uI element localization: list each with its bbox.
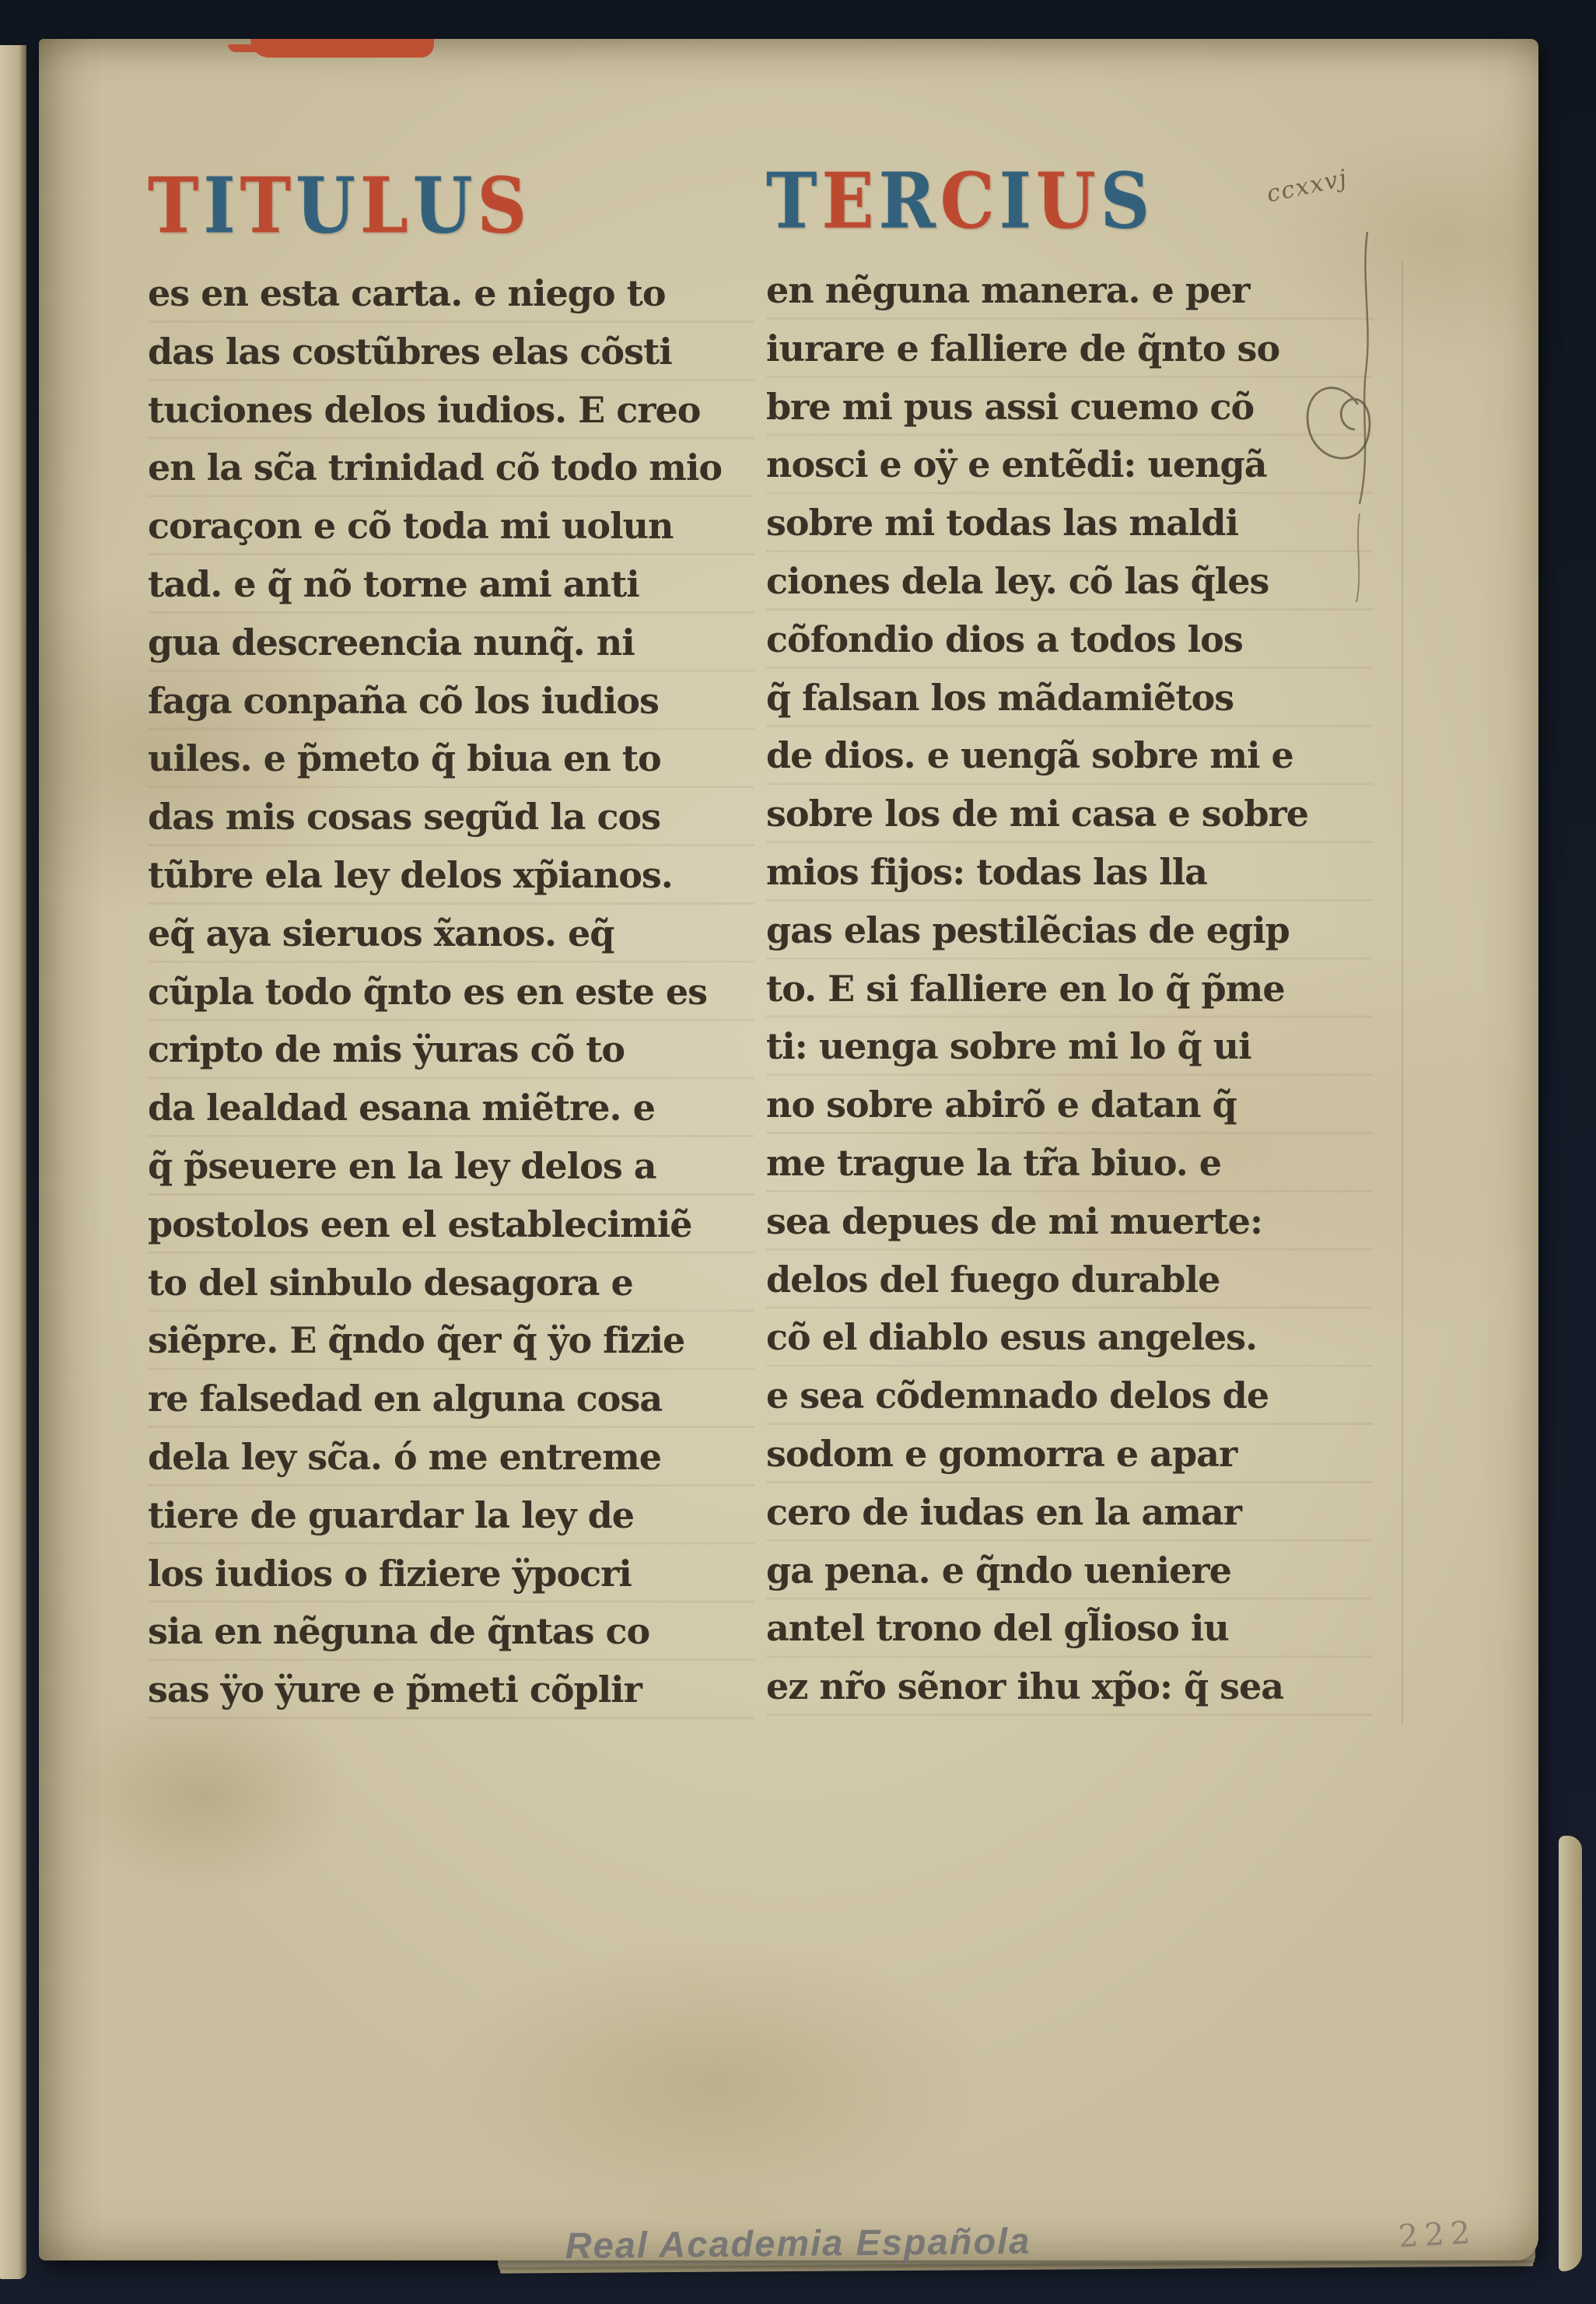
photo-backdrop: TITULUS TERCIUS ccxxvj es en esta carta.… — [0, 0, 1596, 2304]
text-line: es en esta carta. e niego to — [148, 264, 754, 323]
text-line: en nẽguna manera. e per — [766, 261, 1373, 320]
decorated-capital: I — [203, 160, 240, 250]
text-line: das mis cosas segũd la cos — [148, 788, 754, 846]
decorated-capital: S — [478, 160, 532, 250]
running-title-left: TITULUS — [148, 165, 531, 258]
previous-page-edge — [0, 45, 26, 2279]
text-line: cũpla todo q̃nto es en este es — [148, 963, 754, 1021]
text-line: mios fijos: todas las lla — [766, 843, 1373, 902]
manuscript-page: TITULUS TERCIUS ccxxvj es en esta carta.… — [39, 39, 1538, 2260]
decorated-capital: L — [360, 160, 413, 250]
text-line: no sobre abirõ e datan q̃ — [766, 1076, 1373, 1134]
text-line: cero de iudas en la amar — [766, 1483, 1373, 1542]
text-line: uiles. e p̃meto q̃ biua en to — [148, 730, 754, 788]
text-line: sobre los de mi casa e sobre — [766, 785, 1373, 843]
decorated-capital: T — [240, 160, 296, 250]
text-line: ga pena. e q̃ndo ueniere — [766, 1542, 1373, 1600]
decorated-capital: S — [1101, 156, 1155, 246]
running-title-right: TERCIUS — [766, 160, 1154, 254]
text-line: los iudios o fiziere ÿpocri — [148, 1545, 754, 1603]
text-line: sea depues de mi muerte: — [766, 1192, 1373, 1251]
decorated-capital: U — [1036, 156, 1101, 246]
text-line: postolos een el establecimiẽ — [148, 1196, 754, 1254]
text-line: coraçon e cõ toda mi uolun — [148, 497, 754, 555]
text-line: to del sinbulo desagora e — [148, 1254, 754, 1312]
text-line: faga conpaña cõ los iudios — [148, 672, 754, 730]
text-line: nosci e oÿ e entẽdi: uengã — [766, 436, 1373, 494]
text-line: bre mi pus assi cuemo cõ — [766, 378, 1373, 436]
text-line: to. E si falliere en lo q̃ p̃me — [766, 960, 1373, 1018]
red-edge-stain — [250, 39, 434, 58]
text-column-left: es en esta carta. e niego todas las cost… — [148, 264, 754, 1719]
text-line: sia en nẽguna de q̃ntas co — [148, 1602, 754, 1661]
text-line: sas ÿo ÿure e p̃meti cõplir — [148, 1661, 754, 1719]
text-line: delos del fuego durable — [766, 1251, 1373, 1309]
text-line: tuciones delos iudios. E creo — [148, 381, 754, 439]
text-line: q̃ falsan los mãdamiẽtos — [766, 669, 1373, 727]
text-line: me trague la tr̃a biuo. e — [766, 1134, 1373, 1192]
decorated-capital: U — [296, 160, 360, 250]
text-line: sobre mi todas las maldi — [766, 494, 1373, 552]
decorated-capital: I — [999, 156, 1036, 246]
text-line: cõfondio dios a todos los — [766, 611, 1373, 669]
margin-foliation-note: ccxxvj — [1265, 164, 1351, 208]
text-line: de dios. e uengã sobre mi e — [766, 727, 1373, 785]
text-line: da lealdad esana miẽtre. e — [148, 1079, 754, 1137]
text-line: das las costũbres elas cõsti — [148, 323, 754, 381]
text-line: ciones dela ley. cõ las q̃les — [766, 552, 1373, 611]
text-line: gua descreencia nunq̃. ni — [148, 614, 754, 672]
decorated-capital: T — [766, 156, 821, 246]
ruling-line — [1402, 261, 1403, 1724]
text-line: cõ el diablo esus angeles. — [766, 1308, 1373, 1367]
text-line: q̃ p̃seuere en la ley delos a — [148, 1137, 754, 1196]
fore-edge — [1559, 1836, 1582, 2271]
decorated-capital: E — [821, 156, 878, 246]
decorated-capital: T — [148, 160, 203, 250]
text-line: eq̃ aya sieruos x̃anos. eq̃ — [148, 905, 754, 963]
text-line: iurare e falliere de q̃nto so — [766, 320, 1373, 378]
text-line: e sea cõdemnado delos de — [766, 1367, 1373, 1425]
text-line: re falsedad en alguna cosa — [148, 1370, 754, 1428]
text-line: en la sc̃a trinidad cõ todo mio — [148, 439, 754, 497]
text-line: sodom e gomorra e apar — [766, 1425, 1373, 1483]
text-line: ti: uenga sobre mi lo q̃ ui — [766, 1017, 1373, 1076]
text-line: ez nr̃o sẽnor ihu xp̃o: q̃ sea — [766, 1658, 1373, 1716]
text-line: antel trono del gl̃ioso iu — [766, 1599, 1373, 1658]
text-line: siẽpre. E q̃ndo q̃er q̃ ÿo fizie — [148, 1311, 754, 1370]
text-line: dela ley sc̃a. ó me entreme — [148, 1428, 754, 1486]
text-line: tũbre ela ley delos xp̃ianos. — [148, 846, 754, 905]
decorated-capital: C — [940, 156, 999, 246]
text-line: gas elas pestilẽcias de egip — [766, 902, 1373, 960]
text-line: tad. e q̃ nõ torne ami anti — [148, 555, 754, 614]
text-line: tiere de guardar la ley de — [148, 1486, 754, 1545]
decorated-capital: R — [879, 156, 940, 246]
text-column-right: en nẽguna manera. e periurare e falliere… — [766, 261, 1373, 1716]
text-line: cripto de mis ÿuras cõ to — [148, 1021, 754, 1079]
decorated-capital: U — [413, 160, 478, 250]
